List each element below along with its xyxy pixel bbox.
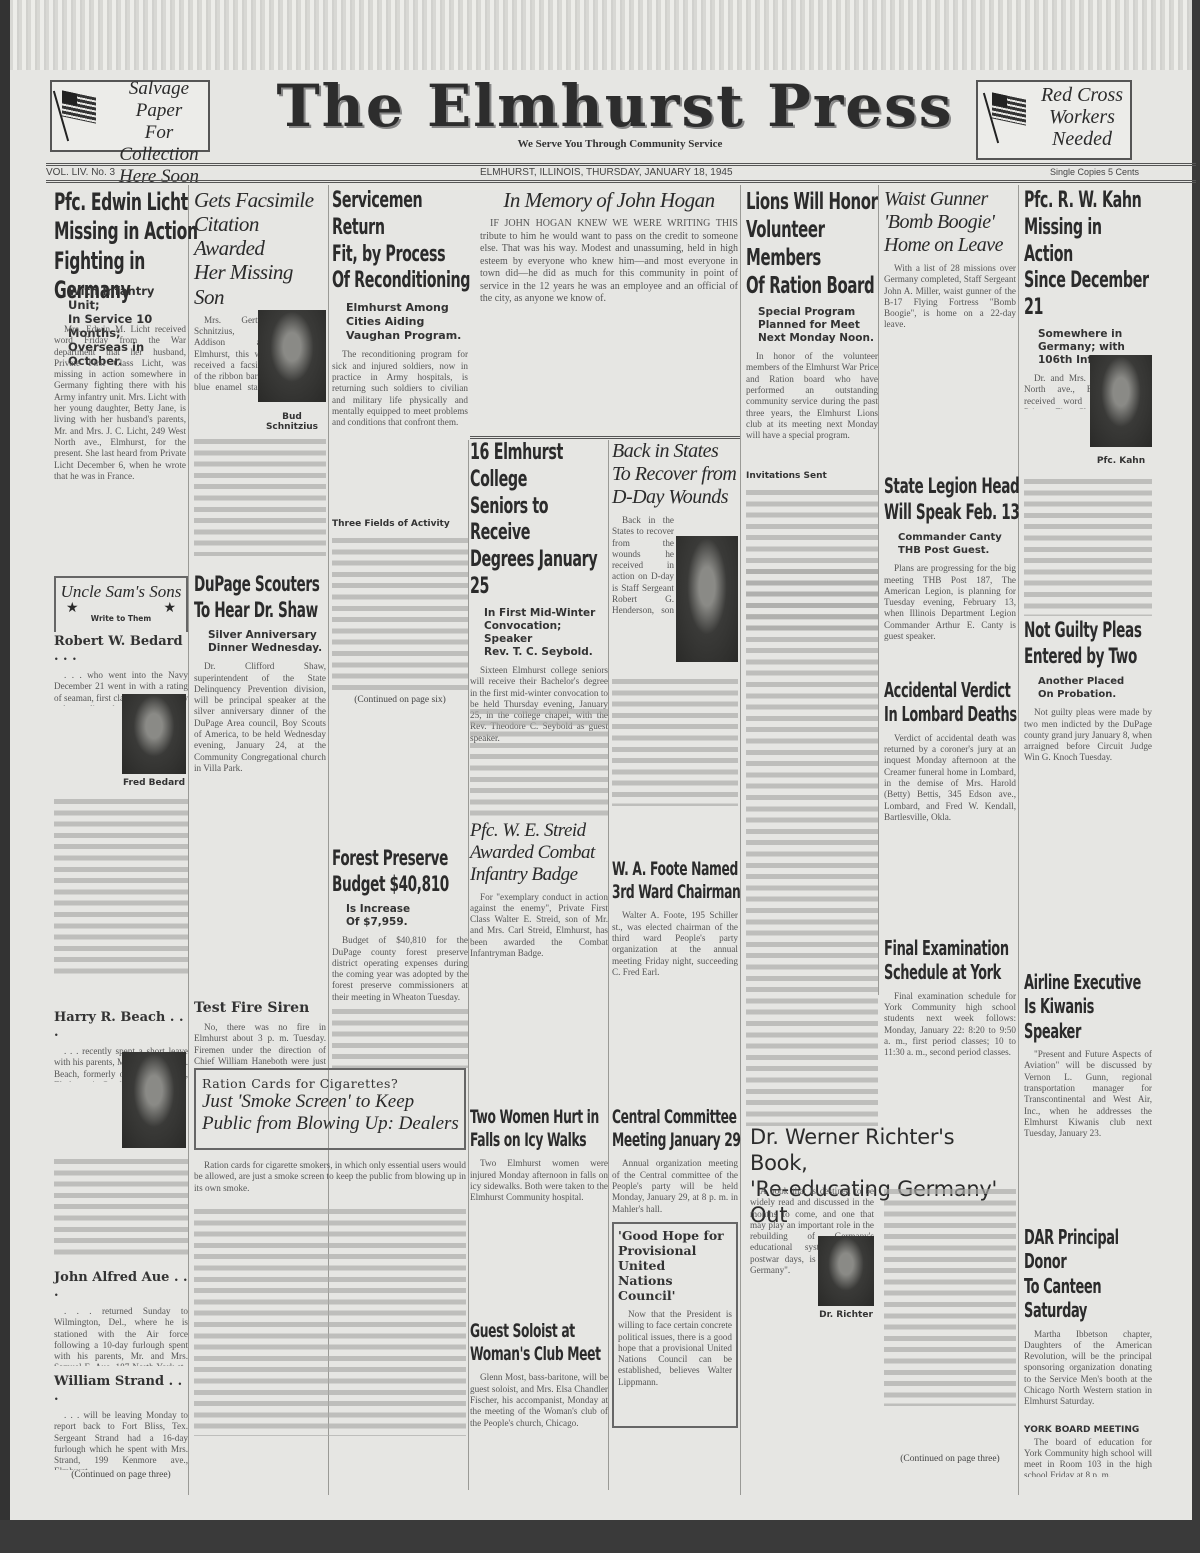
good-hope-box: 'Good Hope for Provisional United Nation… (612, 1222, 738, 1428)
ear-salvage-paper: Salvage Paper For Collection Here Soon (50, 80, 210, 152)
article-waist-gunner: Waist Gunner 'Bomb Boogie' Home on Leave… (884, 188, 1016, 463)
cigarettes-box: Ration Cards for Cigarettes? Just 'Smoke… (194, 1068, 466, 1150)
flag-icon (986, 92, 1030, 136)
ear-line: Red Cross (1034, 84, 1130, 106)
ear-red-cross: Red Cross Workers Needed (976, 80, 1132, 160)
ear-line: Salvage Paper (104, 78, 214, 122)
article-servicemen: Servicemen Return Fit, by Process Of Rec… (332, 188, 468, 705)
star-icon: ★ (66, 600, 79, 617)
slogan: We Serve You Through Community Service (450, 138, 790, 150)
photo-bedard (122, 694, 186, 774)
article-dar: DAR Principal Donor To Canteen Saturday … (1024, 1225, 1152, 1477)
ear-line: Here Soon (104, 166, 214, 188)
uncle-sams-sons-box: Uncle Sam's Sons ★ ★ Write to Them (54, 576, 188, 632)
masthead-rule (46, 163, 1196, 166)
photo-caption: Bud Schnitzius (256, 412, 328, 432)
article-fire-siren: Test Fire Siren No, there was no fire in… (194, 1000, 326, 1070)
newspaper-page: Salvage Paper For Collection Here Soon T… (0, 0, 1192, 1520)
article-streid: Pfc. W. E. Streid Awarded Combat Infantr… (470, 820, 608, 1072)
schnitzius-body-cont (194, 430, 326, 550)
price: Single Copies 5 Cents (1050, 167, 1139, 177)
dateline: ELMHURST, ILLINOIS, THURSDAY, JANUARY 18… (480, 167, 733, 178)
continued-link[interactable]: (Continued on page three) (884, 1454, 1016, 1464)
ear-line: For Collection (104, 122, 214, 166)
sons-entry-strand: William Strand . . . . . . will be leavi… (54, 1374, 188, 1480)
article-scouters: DuPage Scouters To Hear Dr. Shaw Silver … (194, 572, 326, 991)
article-airline: Airline Executive Is Kiwanis Speaker "Pr… (1024, 970, 1152, 1199)
ear-line: Needed (1034, 128, 1130, 150)
photo-kahn (1090, 355, 1152, 447)
photo-richter (818, 1236, 874, 1306)
masthead-rule (46, 180, 1196, 183)
scan-damage-strip (10, 0, 1192, 70)
article-committee: Central Committee Meeting January 29 Ann… (612, 1106, 738, 1238)
volume-number: VOL. LIV. No. 3 (46, 167, 115, 178)
flag-icon (56, 90, 100, 134)
sons-entry-aue: John Alfred Aue . . . . . . returned Sun… (54, 1270, 188, 1366)
photo-schnitzius (258, 310, 326, 402)
star-icon: ★ (163, 600, 176, 617)
article-exam: Final Examination Schedule at York Final… (884, 936, 1016, 1111)
article-verdict: Accidental Verdict In Lombard Deaths Ver… (884, 678, 1016, 913)
article-hogan: In Memory of John Hogan IF JOHN HOGAN KN… (480, 188, 738, 428)
licht-body: Mrs. Edwin M. Licht received word Friday… (54, 318, 186, 543)
photo-beach (122, 1052, 186, 1148)
article-women-hurt: Two Women Hurt in Falls on Icy Walks Two… (470, 1106, 608, 1308)
ear-line: Workers (1034, 106, 1130, 128)
continued-link[interactable]: (Continued on page three) (54, 1470, 188, 1480)
continued-link[interactable]: (Continued on page six) (332, 695, 468, 705)
article-legion: State Legion Head Will Speak Feb. 13 Com… (884, 474, 1016, 658)
article-soloist: Guest Soloist at Woman's Club Meet Glenn… (470, 1320, 608, 1472)
cigarettes-body: Ration cards for cigarette smokers, in w… (194, 1154, 466, 1432)
photo-caption: Pfc. Kahn (1090, 456, 1152, 466)
nameplate: The Elmhurst Press (270, 72, 960, 140)
photo-henderson (676, 536, 738, 662)
article-foote: W. A. Foote Named 3rd Ward Chairman Walt… (612, 858, 738, 1050)
article-not-guilty: Not Guilty Pleas Entered by Two Another … (1024, 618, 1152, 967)
